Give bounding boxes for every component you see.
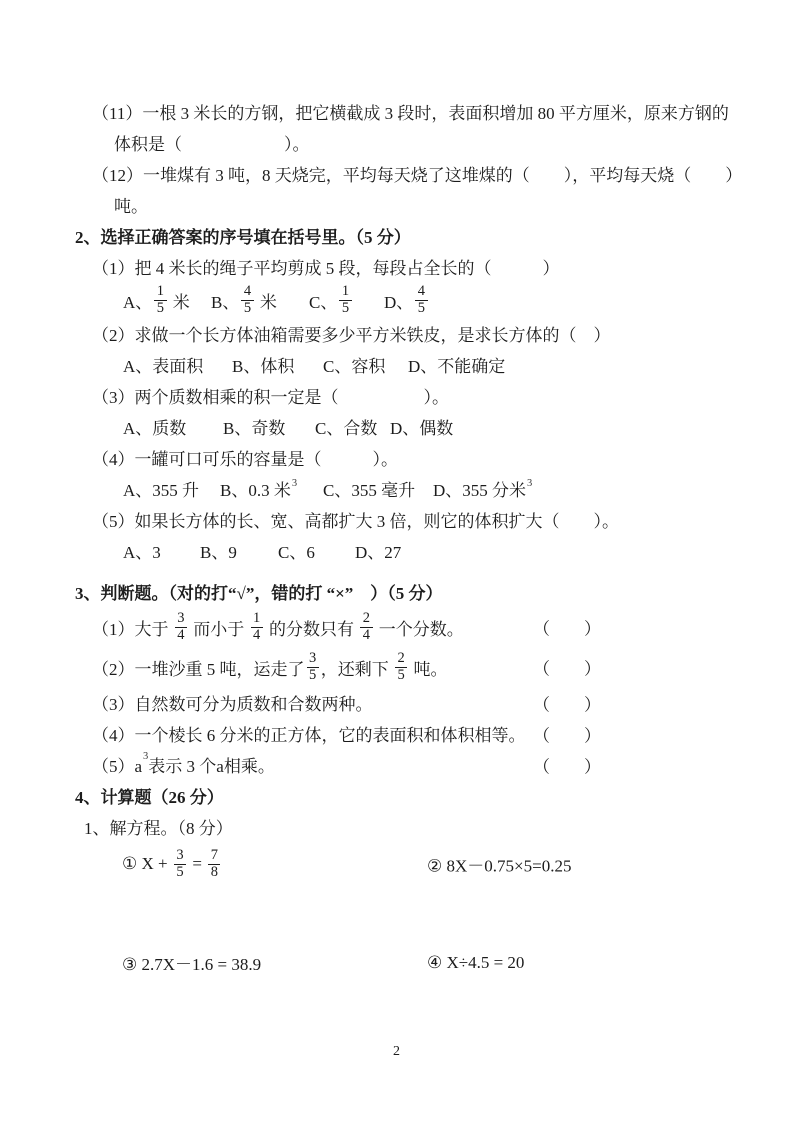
answer-blank: （ ）: [533, 721, 601, 746]
text-run: （5）a: [92, 752, 142, 777]
answer-blank: （ ）: [533, 615, 601, 640]
text-run: B、0.3 米: [220, 476, 291, 501]
fraction: 15: [154, 284, 166, 316]
text-run: （2）求做一个长方体油箱需要多少平方米铁皮，是求长方体的（ ）: [92, 321, 611, 346]
text-run: C、6: [278, 538, 315, 563]
section-4-header: 4、计算题（26 分）: [0, 780, 793, 811]
answer-blank: （ ）: [533, 655, 601, 680]
text-run: 米: [256, 288, 277, 313]
text-run: （11）一根 3 米长的方钢，把它横截成 3 段时，表面积增加 80 平方厘米，…: [92, 99, 729, 124]
text-run: B、: [211, 288, 239, 313]
text-run: B、9: [200, 538, 237, 563]
document-page: （11）一根 3 米长的方钢，把它横截成 3 段时，表面积增加 80 平方厘米，…: [0, 0, 793, 1122]
text-run: A、355 升: [123, 476, 199, 501]
item-1-11-line1: （11）一根 3 米长的方钢，把它横截成 3 段时，表面积增加 80 平方厘米，…: [0, 96, 793, 127]
text-run: 而小于: [189, 615, 249, 640]
superscript: 3: [527, 479, 532, 490]
judge-3-1: （1）大于 34 而小于 14 的分数只有 24 一个分数。（ ）: [0, 607, 793, 647]
fraction: 35: [174, 848, 186, 880]
answer-blank: （ ）: [533, 752, 601, 777]
equation-right: ② 8X－0.75×5=0.25: [427, 852, 571, 877]
text-run: 的分数只有: [265, 615, 359, 640]
text-run: D、不能确定: [408, 352, 505, 377]
item-2-5: （5）如果长方体的长、宽、高都扩大 3 倍，则它的体积扩大（ ）。: [0, 504, 793, 535]
judge-3-4: （4）一个棱长 6 分米的正方体，它的表面积和体积相等。（ ）: [0, 718, 793, 749]
item-2-1: （1）把 4 米长的绳子平均剪成 5 段，每段占全长的（ ）: [0, 251, 793, 282]
fraction: 78: [208, 848, 220, 880]
text-run: （4）一个棱长 6 分米的正方体，它的表面积和体积相等。: [92, 721, 526, 746]
text-run: ③ 2.7X－1.6 = 38.9: [122, 950, 261, 975]
item-1-12-line2: 吨。: [0, 189, 793, 220]
option: B、45 米: [211, 284, 309, 316]
option: B、体积: [232, 352, 323, 377]
item-1-11-line2: 体积是（ ）。: [0, 127, 793, 158]
text-run: C、355 毫升: [323, 476, 415, 501]
fraction: 25: [395, 651, 407, 683]
equations-row-2: ③ 2.7X－1.6 = 38.9④ X÷4.5 = 20: [0, 947, 793, 978]
option: A、3: [123, 538, 200, 563]
text-run: （5）如果长方体的长、宽、高都扩大 3 倍，则它的体积扩大（ ）。: [92, 507, 619, 532]
text-run: （2）一堆沙重 5 吨，运走了: [92, 655, 305, 680]
text-run: （12）一堆煤有 3 吨，8 天烧完，平均每天烧了这堆煤的（ ），平均每天烧（ …: [92, 161, 742, 186]
options-2-4: A、355 升B、0.3 米3C、355 毫升D、355 分米3: [0, 473, 793, 504]
text-run: 一个分数。: [375, 615, 464, 640]
text-run: ④ X÷4.5 = 20: [427, 953, 524, 973]
options-2-1: A、15 米B、45 米C、15D、45: [0, 282, 793, 318]
text-run: A、表面积: [123, 352, 203, 377]
text-run: =: [188, 854, 206, 874]
text-run: （3）两个质数相乘的积一定是（ ）。: [92, 383, 449, 408]
options-2-5: A、3B、9C、6D、27: [0, 535, 793, 566]
text-run: A、: [123, 288, 152, 313]
text-run: （1）大于: [92, 615, 173, 640]
item-1-12-line1: （12）一堆煤有 3 吨，8 天烧完，平均每天烧了这堆煤的（ ），平均每天烧（ …: [0, 158, 793, 189]
option: C、合数: [315, 414, 390, 439]
options-2-3: A、质数B、奇数C、合数D、偶数: [0, 411, 793, 442]
text-run: 吨。: [114, 192, 148, 217]
section-3-header: 3、判断题。（对的打“√”，错的打 “×” ）（5 分）: [0, 576, 793, 607]
option: C、6: [278, 538, 355, 563]
text-run: （3）自然数可分为质数和合数两种。: [92, 690, 373, 715]
text-run: B、奇数: [223, 414, 285, 439]
equation-left: ③ 2.7X－1.6 = 38.9: [122, 950, 261, 975]
judge-3-2: （2）一堆沙重 5 吨，运走了35，还剩下 25 吨。（ ）: [0, 647, 793, 687]
text-run: ① X +: [122, 854, 172, 874]
option: D、45: [384, 284, 430, 316]
fraction: 14: [251, 611, 263, 643]
text-run: 1、解方程。（8 分）: [84, 814, 233, 839]
text-run: D、27: [355, 538, 401, 563]
section-2-header: 2、选择正确答案的序号填在括号里。（5 分）: [0, 220, 793, 251]
section-4-sub-1: 1、解方程。（8 分）: [0, 811, 793, 842]
text-run: D、355 分米: [433, 476, 526, 501]
text-run: ，还剩下: [321, 655, 393, 680]
option: C、355 毫升: [323, 476, 433, 501]
option: A、15 米: [123, 284, 211, 316]
item-2-3: （3）两个质数相乘的积一定是（ ）。: [0, 380, 793, 411]
fraction: 34: [175, 611, 187, 643]
text-run: 4、计算题（26 分）: [75, 783, 224, 808]
option: D、不能确定: [408, 352, 505, 377]
equation-left: ① X + 35 = 78: [122, 848, 222, 880]
text-run: 体积是（ ）。: [114, 130, 310, 155]
document-body: （11）一根 3 米长的方钢，把它横截成 3 段时，表面积增加 80 平方厘米，…: [0, 96, 793, 978]
text-run: A、质数: [123, 414, 186, 439]
fraction: 45: [415, 284, 427, 316]
text-run: ② 8X－0.75×5=0.25: [427, 852, 571, 877]
option: C、容积: [323, 352, 408, 377]
text-run: 米: [169, 288, 190, 313]
text-run: C、合数: [315, 414, 377, 439]
equation-right: ④ X÷4.5 = 20: [427, 953, 524, 973]
text-run: 2、选择正确答案的序号填在括号里。（5 分）: [75, 223, 411, 248]
option: A、表面积: [123, 352, 232, 377]
option: B、奇数: [223, 414, 315, 439]
options-2-2: A、表面积B、体积C、容积D、不能确定: [0, 349, 793, 380]
text-run: （4）一罐可口可乐的容量是（ ）。: [92, 445, 398, 470]
judge-3-3: （3）自然数可分为质数和合数两种。（ ）: [0, 687, 793, 718]
text-run: D、: [384, 288, 413, 313]
option: B、0.3 米3: [220, 476, 323, 501]
text-run: D、偶数: [390, 414, 453, 439]
text-run: 吨。: [409, 655, 447, 680]
item-2-2: （2）求做一个长方体油箱需要多少平方米铁皮，是求长方体的（ ）: [0, 318, 793, 349]
answer-blank: （ ）: [533, 690, 601, 715]
text-run: A、3: [123, 538, 161, 563]
judge-3-5: （5）a3表示 3 个a相乘。（ ）: [0, 749, 793, 780]
option: C、15: [309, 284, 384, 316]
option: A、质数: [123, 414, 223, 439]
option: D、355 分米3: [433, 476, 532, 501]
option: B、9: [200, 538, 278, 563]
text-run: 3、判断题。（对的打“√”，错的打 “×” ）（5 分）: [75, 579, 443, 604]
fraction: 35: [307, 651, 319, 683]
fraction: 15: [339, 284, 351, 316]
text-run: B、体积: [232, 352, 294, 377]
option: D、27: [355, 538, 401, 563]
superscript: 3: [292, 479, 297, 490]
option: D、偶数: [390, 414, 453, 439]
text-run: C、容积: [323, 352, 385, 377]
fraction: 45: [241, 284, 253, 316]
option: A、355 升: [123, 476, 220, 501]
text-run: 表示 3 个a相乘。: [148, 752, 275, 777]
page-number: 2: [0, 1036, 793, 1067]
text-run: （1）把 4 米长的绳子平均剪成 5 段，每段占全长的（ ）: [92, 254, 560, 279]
item-2-4: （4）一罐可口可乐的容量是（ ）。: [0, 442, 793, 473]
equations-row-1: ① X + 35 = 78② 8X－0.75×5=0.25: [0, 842, 793, 886]
fraction: 24: [360, 611, 372, 643]
text-run: C、: [309, 288, 337, 313]
